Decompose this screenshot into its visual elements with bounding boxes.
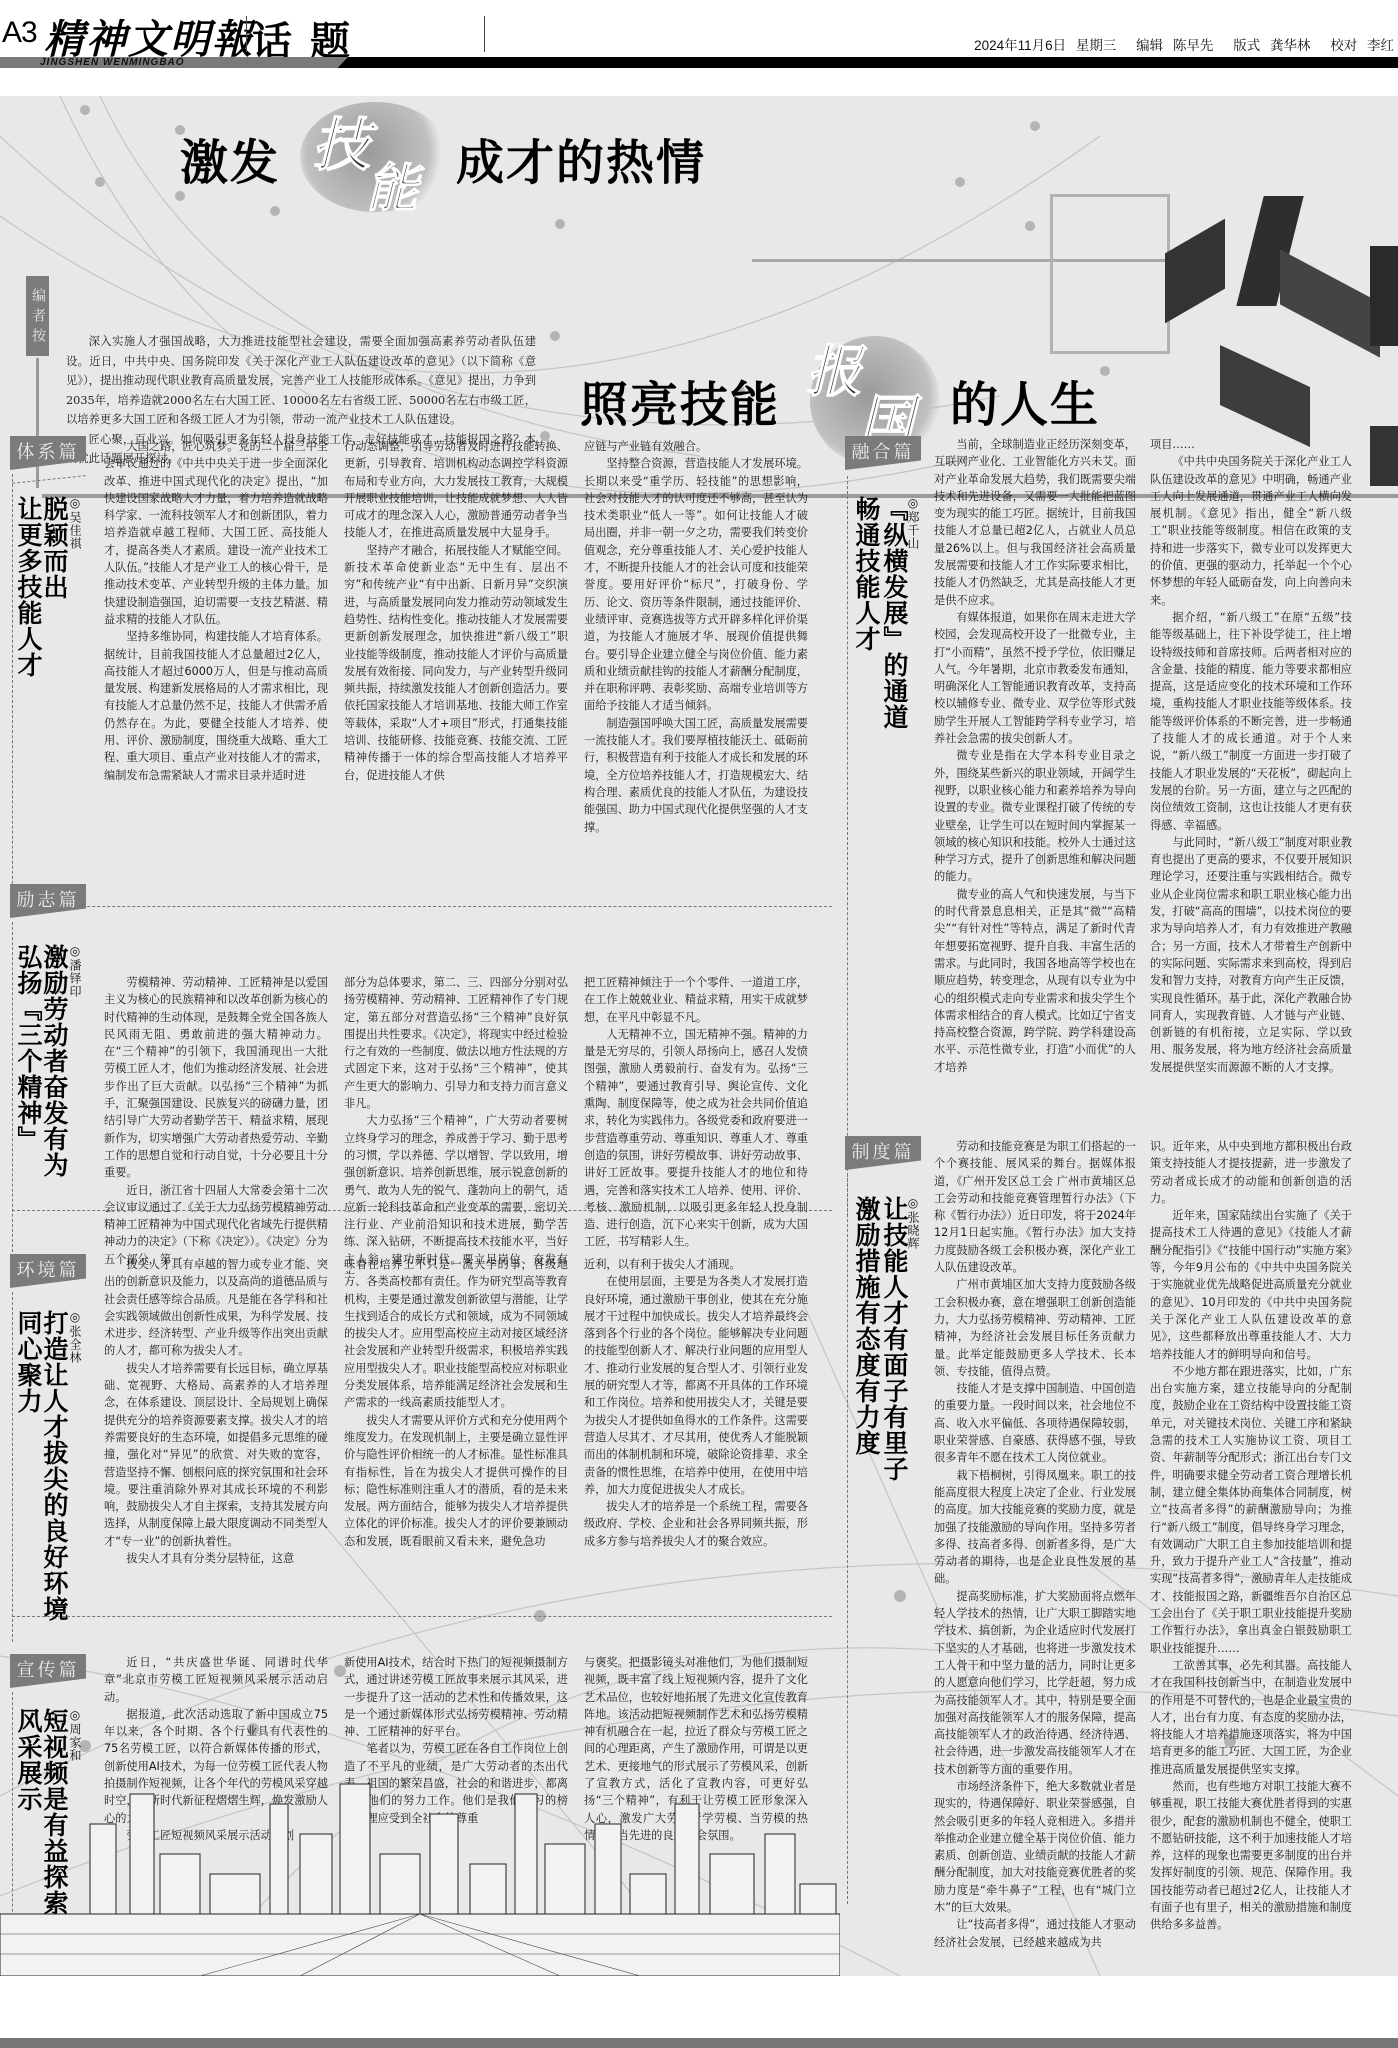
article-dotted-border: [12, 474, 13, 914]
article-column: 部分为总体要求，第二、三、四部分分别对弘扬劳模精神、劳动精神、工匠精神作了专门规…: [344, 974, 568, 1274]
article-dotted-border: [847, 476, 848, 1216]
page-footer-bar: [0, 2038, 1398, 2048]
headline-brush-char: 技: [312, 98, 370, 182]
proof-label: 校对: [1330, 38, 1357, 53]
paragraph: 微专业的高人气和快速发展，与当下的时代背景息息相关，正是其“微”“高精尖”“有针…: [934, 886, 1136, 1076]
issue-weekday: 星期三: [1076, 38, 1117, 53]
article-title-line2: 畅通技能人才: [852, 496, 880, 736]
article-title-line1: 『纵横发展』的通道: [880, 496, 908, 766]
paragraph: 近日，“共庆盛世华诞、同谱时代华章”北京市劳模工匠短视频风采展示活动启动。: [104, 1654, 328, 1706]
topic-page: 激发 技 能 成才的热情 照亮技能 报 国 的人生 编者按 深入实施人才强国战略…: [0, 96, 1398, 1976]
paragraph: 不少地方都在跟进落实，比如，广东出台实施方案，建立技能导向的分配制度，鼓励企业在…: [1150, 1363, 1352, 1657]
paragraph: 坚持产才融合，拓展技能人才赋能空间。新技术革命使新业态“无中生有、层出不穷”和传…: [344, 542, 568, 784]
article-column: 近利，以有利于拔尖人才涌现。 在使用层面，主要是为各类人才发展打造良好环境，通过…: [584, 1256, 808, 1646]
article-author: ◎郑千山: [906, 496, 920, 550]
paragraph: 然而，也有些地方对职工技能大赛不够重视，职工技能大赛优胜者得到的实惠很少，配套的…: [1150, 1778, 1352, 1934]
paragraph: 拔尖人才培养需要有长远目标，确立厚基础、宽视野、大格局、高素养的人才培养理念，在…: [104, 1360, 328, 1550]
paragraph: 近利，以有利于拔尖人才涌现。: [584, 1256, 808, 1273]
paragraph: 识。近年来，从中央到地方都积极出台政策支持技能人才提技提薪，进一步激发了劳动者成…: [1150, 1138, 1352, 1207]
paragraph: 与此同时，“新八级工”制度对职业教育也提出了更高的要求，不仅要开展知识理论学习，…: [1150, 834, 1352, 1076]
section-tag: 制度篇: [845, 1136, 921, 1170]
masthead-divider: [246, 16, 247, 52]
paragraph: 微专业是指在大学本科专业目录之外，围绕某些新兴的职业领域，开阔学生视野，以职业核…: [934, 747, 1136, 885]
paragraph: 广州市黄埔区加大支持力度鼓励各级工会积极办赛，意在增强职工创新创造能力，大力弘扬…: [934, 1276, 1136, 1380]
article-column: 应链与产业链有效融合。 坚持整合资源，营造技能人才发展环境。长期以来受“重学历、…: [584, 438, 808, 918]
article-column: 当前，全球制造业正经历深刻变革，互联网产业化、工业智能化方兴未艾。面对产业革命发…: [934, 436, 1136, 1216]
headline-line1-end: 成才的热情: [456, 124, 706, 193]
cube-graphic: [1165, 219, 1225, 324]
section-tag: 环境篇: [10, 1254, 86, 1288]
article-dotted-border: [12, 1292, 13, 1642]
paragraph: 劳动和技能竞赛是为职工们搭起的一个个赛技能、展风采的舞台。据媒体报道，《广州开发…: [934, 1138, 1136, 1276]
article-title-line2: 弘扬『三个精神』: [14, 944, 42, 1144]
paragraph: 拔尖人才需要从评价方式和充分使用两个维度发力。在发现机制上，主要是确立显性评价与…: [344, 1412, 568, 1550]
article-column: 大国之路，匠心筑梦。党的二十届三中全会审议通过的《中共中央关于进一步全面深化改革…: [104, 438, 328, 918]
editor-note-paragraph: 深入实施人才强国战略，大力推进技能型社会建设，需要全面加强高素养劳动者队伍建设。…: [66, 332, 536, 430]
paragraph: 新使用AI技术，结合时下热门的短视频摄制方式，通过讲述劳模工匠故事来展示其风采，…: [344, 1654, 568, 1740]
headline-frame: [1050, 194, 1170, 354]
article-author: ◎张全林: [68, 1310, 82, 1364]
paragraph: 坚持多维协同，构建技能人才培育体系。据统计，目前我国技能人才总量超过2亿人，高技…: [104, 628, 328, 784]
paragraph: 让“技高者多得”，通过技能人才驱动经济社会发展，已经越来越成为共: [934, 1916, 1136, 1951]
paragraph: 提高奖励标准，扩大奖励面将点燃年轻人学技术的热情，让广大职工脚踏实地学技术、搞创…: [934, 1588, 1136, 1778]
issue-meta: 2024年11月6日 星期三 编辑 陈早先 版式 龚华林 校对 李红: [968, 34, 1394, 54]
city-skyline-illustration: [0, 1764, 840, 1976]
page-number: A3: [2, 16, 37, 50]
article-title-line2: 同心聚力: [14, 1310, 42, 1440]
headline-line2-end: 的人生: [950, 366, 1100, 435]
headline-line1-start: 激发: [180, 124, 280, 193]
cube-graphic: [1370, 426, 1398, 486]
paragraph: 劳模精神、劳动精神、工匠精神是以爱国主义为核心的民族精神和以改革创新为核心的时代…: [104, 974, 328, 1182]
article-title-line1: 激励劳动者奋发有为: [40, 944, 68, 1224]
paragraph: 当前，全球制造业正经历深刻变革，互联网产业化、工业智能化方兴未艾。面对产业革命发…: [934, 436, 1136, 609]
article-column: 识。近年来，从中央到地方都积极出台政策支持技能人才提技提薪，进一步激发了劳动者成…: [1150, 1138, 1352, 1968]
editor-note-label: 编者按: [26, 276, 49, 356]
article-column: 味着在培养上不只是一流大学的事，各级地方、各类高校都有责任。作为研究型高等教育机…: [344, 1256, 568, 1646]
paragraph: 拔尖人才的培养是一个系统工程，需要各级政府、学校、企业和社会各界同频共振，形成多…: [584, 1498, 808, 1550]
section-tag: 宣传篇: [10, 1654, 86, 1688]
article-column: 拔尖人才具有卓越的智力或专业才能、突出的创新意识及能力，以及高尚的道德品质与社会…: [104, 1256, 328, 1646]
paragraph: 拔尖人才具有分类分层特征，这意: [104, 1550, 328, 1567]
layout-name: 龚华林: [1270, 38, 1311, 53]
editor-label: 编辑: [1136, 38, 1163, 53]
editor-note-rule: [36, 358, 39, 488]
article-title-line1: 脱颖而出: [40, 496, 68, 756]
editor-name: 陈早先: [1173, 38, 1214, 53]
masthead-divider: [484, 16, 485, 52]
paragraph: 人无精神不立，国无精神不强。精神的力量是无穷尽的，引领人昂扬向上，感召人发愤图强…: [584, 1026, 808, 1251]
section-tag: 融合篇: [845, 436, 921, 470]
article-column: 劳动和技能竞赛是为职工们搭起的一个个赛技能、展风采的舞台。据媒体报道，《广州开发…: [934, 1138, 1136, 1968]
article-author: ◎吴佳祺: [68, 496, 82, 550]
article-author: ◎潘铎印: [68, 944, 82, 998]
paragraph: 近年来，国家陆续出台实施了《关于提高技术工人待遇的意见》《技能人才薪酬分配指引》…: [1150, 1207, 1352, 1363]
article-column: 把工匠精神倾注于一个个零件、一道道工序，在工作上兢兢业业、精益求精，用实干成就梦…: [584, 974, 808, 1274]
article-dotted-divider: [12, 1210, 832, 1211]
article-title-line1: 让技能人才有面子有里子: [880, 1196, 908, 1556]
article-author: ◎张晓辉: [906, 1196, 920, 1250]
headline-brush-char: 报: [806, 328, 862, 408]
article-column: 劳模精神、劳动精神、工匠精神是以爱国主义为核心的民族精神和以改革创新为核心的时代…: [104, 974, 328, 1274]
section-tag: 励志篇: [10, 884, 86, 918]
paragraph: 行动态调整，引导劳动者及时进行技能转换、更新，引导教育、培训机构动态调控学科资源…: [344, 438, 568, 542]
headline-brush-char: 能: [366, 146, 418, 221]
paragraph: 市场经济条件下，绝大多数就业者是现实的，待遇保障好、职业荣誉感强，自然会吸引更多…: [934, 1778, 1136, 1916]
article-column: 项目…… 《中共中央国务院关于深化产业工人队伍建设改革的意见》中明确，畅通产业工…: [1150, 436, 1352, 1216]
paragraph: 制造强国呼唤大国工匠，高质量发展需要一流技能人才。我们要厚植技能沃土、砥砺前行，…: [584, 715, 808, 836]
article-dotted-border: [12, 922, 13, 1252]
paragraph: 技能人才是支撑中国制造、中国创造的重要力量。一段时间以来，社会地位不高、收入水平…: [934, 1380, 1136, 1466]
paragraph: 据介绍，“新八级工”在原“五级”技能等级基础上，往下补设学徒工，往上增设特级技师…: [1150, 609, 1352, 834]
headline-line2-start: 照亮技能: [580, 366, 780, 435]
paper-pinyin: JINGSHEN WENMINGBAO: [40, 57, 185, 68]
paragraph: 项目……: [1150, 436, 1352, 453]
paragraph: 工欲善其事，必先利其器。高技能人才在我国科技创新当中，在制造业发展中的作用是不可…: [1150, 1657, 1352, 1778]
article-author: ◎周家和: [68, 1708, 82, 1762]
paragraph: 有媒体报道，如果你在周末走进大学校园，会发现高校开设了一批微专业，主打“小而精”…: [934, 609, 1136, 747]
paragraph: 把工匠精神倾注于一个个零件、一道道工序，在工作上兢兢业业、精益求精，用实干成就梦…: [584, 974, 808, 1026]
paragraph: 味着在培养上不只是一流大学的事，各级地方、各类高校都有责任。作为研究型高等教育机…: [344, 1256, 568, 1412]
article-dotted-border: [847, 1174, 848, 1904]
cube-graphic: [1220, 345, 1310, 447]
paragraph: 坚持整合资源，营造技能人才发展环境。长期以来受“重学历、轻技能”的思想影响，社会…: [584, 455, 808, 714]
paragraph: 在使用层面，主要是为各类人才发展打造良好环境，通过激励干事创业，使其在充分施展才…: [584, 1273, 808, 1498]
article-column: 行动态调整，引导劳动者及时进行技能转换、更新，引导教育、培训机构动态调控学科资源…: [344, 438, 568, 918]
cube-graphic: [1280, 249, 1380, 357]
article-dotted-divider: [12, 1616, 832, 1617]
paragraph: 栽下梧桐树，引得凤凰来。职工的技能高度很大程度上决定了企业、行业发展的高度。加大…: [934, 1467, 1136, 1588]
masthead: A3 精神文明報 话题 2024年11月6日 星期三 编辑 陈早先 版式 龚华林…: [0, 0, 1398, 80]
issue-date: 2024年11月6日: [974, 38, 1066, 53]
paragraph: 《中共中央国务院关于深化产业工人队伍建设改革的意见》中明确，畅通产业工人向上发展…: [1150, 453, 1352, 609]
paragraph: 大力弘扬“三个精神”，广大劳动者要树立终身学习的理念，养成善于学习、勤于思考的习…: [344, 1112, 568, 1274]
article-dotted-divider: [12, 906, 832, 907]
proof-name: 李红: [1367, 38, 1394, 53]
paragraph: 应链与产业链有效融合。: [584, 438, 808, 455]
paragraph: 大国之路，匠心筑梦。党的二十届三中全会审议通过的《中共中央关于进一步全面深化改革…: [104, 438, 328, 628]
article-title-line2: 让更多技能人才: [14, 496, 42, 776]
paragraph: 部分为总体要求，第二、三、四部分分别对弘扬劳模精神、劳动精神、工匠精神作了专门规…: [344, 974, 568, 1112]
article-title-line2: 激励措施有态度有力度: [852, 1196, 880, 1496]
article-title-line1: 打造让人才拔尖的良好环境: [40, 1310, 68, 1650]
cube-graphic: [1370, 246, 1398, 346]
tag-dotted-rule: [12, 475, 86, 484]
paragraph: 拔尖人才具有卓越的智力或专业才能、突出的创新意识及能力，以及高尚的道德品质与社会…: [104, 1256, 328, 1360]
layout-label: 版式: [1233, 38, 1260, 53]
